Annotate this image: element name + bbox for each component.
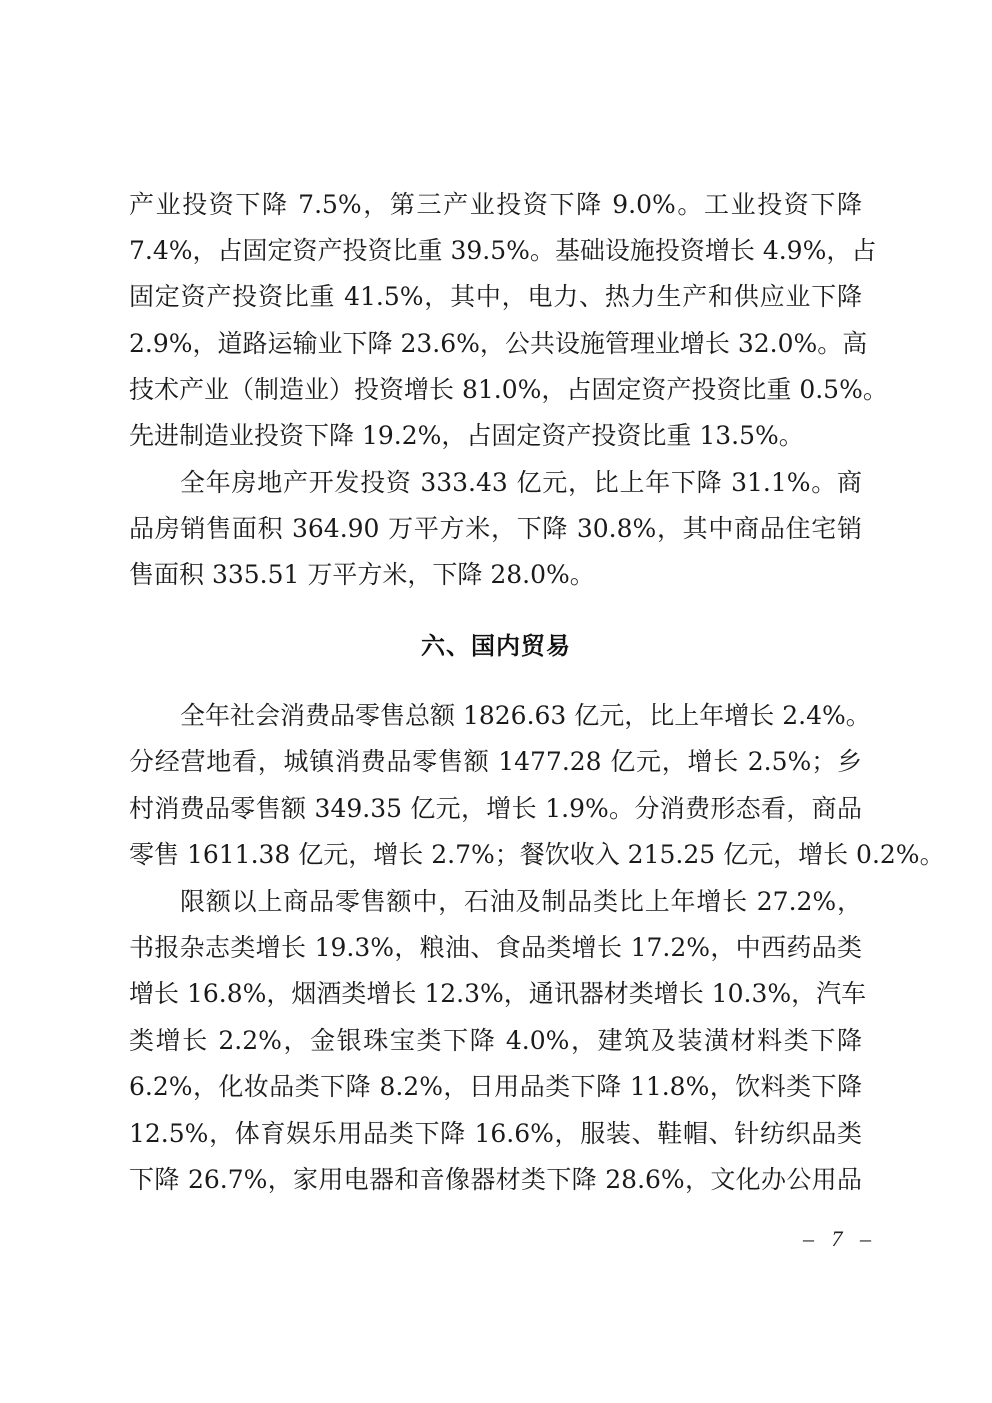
text-line: 售面积 335.51 万平方米，下降 28.0%。 <box>129 555 862 595</box>
text-line: 类增长 2.2%，金银珠宝类下降 4.0%，建筑及装潢材料类下降 <box>129 1021 862 1061</box>
page-number: – 7 – <box>800 1222 880 1256</box>
text-line: 书报杂志类增长 19.3%，粮油、食品类增长 17.2%，中西药品类 <box>129 928 862 968</box>
text-line: 分经营地看，城镇消费品零售额 1477.28 亿元，增长 2.5%；乡 <box>129 742 862 782</box>
text-line: 下降 26.7%，家用电器和音像器材类下降 28.6%，文化办公用品 <box>129 1160 862 1200</box>
text-line: 2.9%，道路运输业下降 23.6%，公共设施管理业增长 32.0%。高 <box>129 324 862 364</box>
text-line: 7.4%，占固定资产投资比重 39.5%。基础设施投资增长 4.9%，占 <box>129 231 862 271</box>
text-line: 增长 16.8%，烟酒类增长 12.3%，通讯器材类增长 10.3%，汽车 <box>129 974 862 1014</box>
text-line: 技术产业（制造业）投资增长 81.0%，占固定资产投资比重 0.5%。 <box>129 370 862 410</box>
text-line: 先进制造业投资下降 19.2%，占固定资产投资比重 13.5%。 <box>129 416 862 456</box>
text-line: 零售 1611.38 亿元，增长 2.7%；餐饮收入 215.25 亿元，增长 … <box>129 835 862 875</box>
text-line: 品房销售面积 364.90 万平方米，下降 30.8%，其中商品住宅销 <box>129 509 862 549</box>
section-heading: 六、国内贸易 <box>0 626 992 666</box>
paragraph-first-line: 限额以上商品零售额中，石油及制品类比上年增长 27.2%， <box>180 882 862 922</box>
text-line: 村消费品零售额 349.35 亿元，增长 1.9%。分消费形态看，商品 <box>129 789 862 829</box>
paragraph-first-line: 全年房地产开发投资 333.43 亿元，比上年下降 31.1%。商 <box>180 463 862 503</box>
paragraph-first-line: 全年社会消费品零售总额 1826.63 亿元，比上年增长 2.4%。 <box>180 696 862 736</box>
text-line: 固定资产投资比重 41.5%，其中，电力、热力生产和供应业下降 <box>129 277 862 317</box>
text-line: 6.2%，化妆品类下降 8.2%，日用品类下降 11.8%，饮料类下降 <box>129 1067 862 1107</box>
document-page: 产业投资下降 7.5%，第三产业投资下降 9.0%。工业投资下降 7.4%，占固… <box>0 0 992 1403</box>
text-line: 12.5%，体育娱乐用品类下降 16.6%，服装、鞋帽、针纺织品类 <box>129 1114 862 1154</box>
text-line: 产业投资下降 7.5%，第三产业投资下降 9.0%。工业投资下降 <box>129 185 862 225</box>
